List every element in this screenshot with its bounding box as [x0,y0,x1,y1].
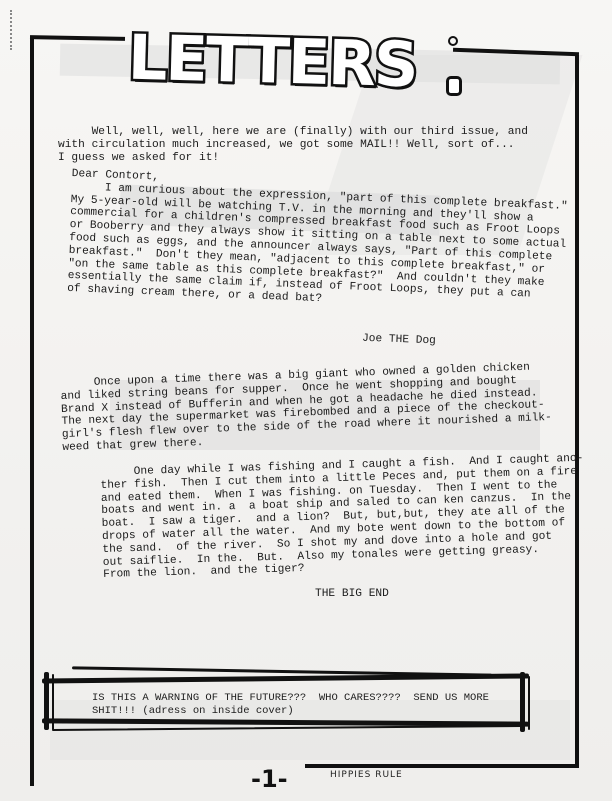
border-line [575,55,579,765]
page-number: -1- [251,765,288,793]
reader-letter: Dear Contort, I am curious about the exp… [67,168,569,316]
title-swirl [448,36,458,46]
intro-paragraph: Well, well, well, here we are (finally) … [58,126,528,164]
fishing-story: One day while I was fishing and I caught… [100,453,587,582]
border-line [30,36,34,786]
border-line [30,35,125,41]
footer-note: HIPPIES RULE [330,770,403,780]
title-period [446,76,462,96]
zine-page: LETTERS Well, well, well, here we are (f… [0,0,612,801]
border-line [305,764,579,768]
callout-text: IS THIS A WARNING OF THE FUTURE??? WHO C… [92,692,489,718]
story-ending: THE BIG END [315,588,389,601]
letter-signature: Joe THE Dog [362,333,436,348]
edge-marks [10,10,15,50]
page-title: LETTERS [127,18,459,107]
